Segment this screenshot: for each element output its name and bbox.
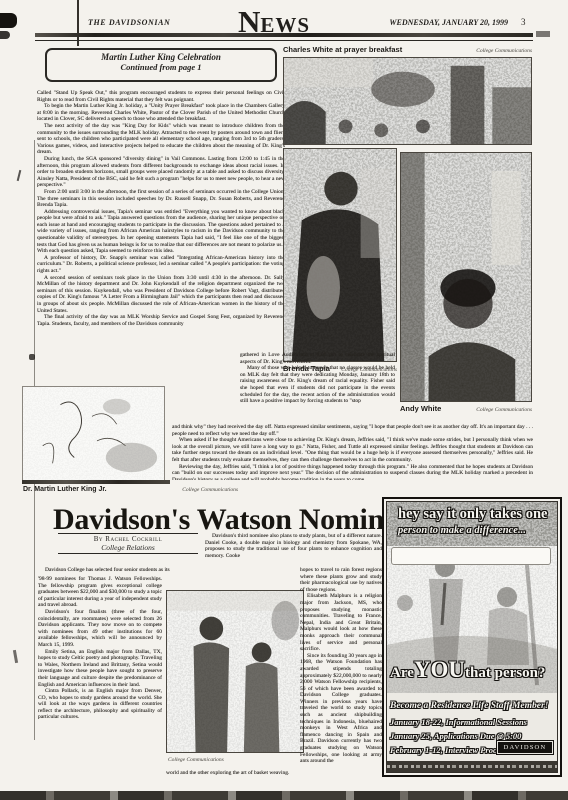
mlk-paragraph: During lunch, the SGA sponsored "diversi… [37, 156, 285, 189]
ad-davidson-logo: DAVIDSON [496, 740, 554, 755]
watson-tail-line: world and the other exploring the art of… [166, 770, 382, 778]
photo-andy-white [400, 152, 532, 402]
watson-photo-credit: College Communications [168, 757, 288, 763]
mlk-paragraph: gathered in Love Auditorium at 8:00 pm t… [240, 352, 395, 365]
watson-paragraph: Elisabeth Malphurs is a religion major f… [300, 593, 382, 652]
scan-artifact [29, 354, 35, 360]
mlk-paragraph: From 2:00 until 3:00 in the afternoon, t… [37, 189, 285, 209]
header-page-number: 3 [521, 17, 526, 27]
photo-watson-nominees [166, 590, 304, 753]
watson-paragraph: hopes to travel to rain forest regions w… [300, 567, 382, 593]
mlk-paragraph: A second session of seminars took place … [37, 275, 285, 315]
watson-col2-intro: Davidson's third nominee also plans to s… [205, 533, 382, 563]
mlk-paragraph: When asked if he thought Americans were … [172, 437, 533, 463]
header-date: WEDNESDAY, JANUARY 20, 1999 [370, 18, 508, 27]
masthead-paper-name: THE DAVIDSONIAN [88, 18, 170, 27]
watson-byline: By Rachel Cockrill [58, 535, 198, 543]
newspaper-page: THE DAVIDSONIAN NEWS WEDNESDAY, JANUARY … [0, 0, 568, 800]
mlk-drawing-caption-row: Dr. Martin Luther King Jr. College Commu… [23, 486, 238, 493]
watson-paragraph: Since its founding 30 years ago in 1968,… [300, 653, 382, 765]
mlk-continued-box: Martin Luther King Celebration Continued… [45, 48, 277, 82]
ad-info-line4: February 1-12, Interview Process [390, 745, 507, 755]
mlk-article-mid-block: gathered in Love Auditorium at 8:00 pm t… [240, 352, 395, 422]
ad-big-question: AreYOUthat person? [390, 657, 545, 683]
ad-davidson-logo-text: DAVIDSON [504, 744, 547, 751]
prayer-caption: Charles White at prayer breakfast [283, 45, 402, 54]
mlk-paragraph: The next activity of the day was "King D… [37, 123, 285, 156]
mlk-paragraph: Many of those who helped to ensure that … [240, 365, 395, 405]
mlk-paragraph: Reviewing the day, Jeffries said, "I thi… [172, 464, 533, 480]
prayer-caption-row: Charles White at prayer breakfast Colleg… [283, 45, 532, 54]
mlk-paragraph: Called "Stand Up Speak Out," this progra… [37, 90, 285, 103]
mlk-paragraph: The final activity of the day was an MLK… [37, 314, 285, 327]
scan-bottom-bar [0, 791, 568, 800]
header-rule-smudge [35, 33, 533, 37]
ad-info-line2: January 18-22, Informational Sessions [390, 717, 527, 727]
photo-mlk-drawing [22, 386, 165, 481]
prayer-credit: College Communications [476, 48, 532, 54]
watson-paragraph: world and the other exploring the art of… [166, 770, 382, 777]
ad-word-you: YOU [414, 657, 465, 682]
mlk-article-wide-block: and think why" they had received the day… [172, 424, 533, 480]
mlk-paragraph: A professor of history, Dr. Snapp's semi… [37, 255, 285, 275]
ad-fine-print-band [387, 761, 557, 772]
watson-headline: Davidson's Watson Nominees [53, 503, 421, 537]
watson-paragraph: Davidson College has selected four senio… [38, 567, 228, 574]
mlk-paragraph: Addressing controversial issues, Tapia's… [37, 209, 285, 255]
ad-info-line1: Become a Residence Life Staff Member! [390, 701, 548, 711]
scan-artifact [17, 170, 22, 181]
photo-prayer-breakfast [283, 57, 532, 145]
residence-life-ad: hey say it only takes one person to make… [382, 497, 562, 777]
andy-caption: Andy White [400, 404, 441, 413]
scan-artifact [0, 13, 17, 28]
watson-byline-block: By Rachel Cockrill College Relations [58, 533, 198, 554]
mlk-paragraph: and think why" they had received the day… [172, 424, 533, 437]
ad-word-that-person: that person? [465, 665, 545, 681]
watson-column-1: '98-99 nominees for Thomas J. Watson Fel… [38, 576, 162, 772]
scan-artifact [536, 31, 550, 37]
watson-col1-intro: Davidson College has selected four senio… [38, 567, 228, 575]
mlk-drawing-underbar [22, 480, 170, 484]
watson-column-2: hopes to travel to rain forest regions w… [300, 567, 382, 767]
mlk-article-column: Called "Stand Up Speak Out," this progra… [37, 90, 285, 351]
photo-brenda-tapia [283, 148, 397, 362]
header-rule-thin [35, 40, 533, 41]
watson-paragraph: Cintra Pollack, is an English major from… [38, 688, 162, 721]
watson-paragraph: '98-99 nominees for Thomas J. Watson Fel… [38, 576, 162, 609]
andy-credit: College Communications [476, 407, 532, 413]
ad-headline-line1: hey say it only takes one [398, 506, 547, 523]
watson-byline-org: College Relations [58, 543, 198, 552]
ad-headline-line2: person to make a difference... [398, 525, 526, 536]
ad-white-strip [391, 547, 551, 565]
scan-artifact [13, 650, 18, 663]
watson-paragraph: Davidson's four finalists (three of the … [38, 609, 162, 649]
andy-caption-row: Andy White College Communications [400, 404, 532, 413]
ad-word-are: Are [390, 665, 414, 681]
scan-artifact [0, 31, 10, 39]
watson-paragraph: Emily Setina, an English major from Dall… [38, 649, 162, 689]
mlk-box-subtitle: Continued from page 1 [47, 62, 275, 72]
mlk-drawing-caption: Dr. Martin Luther King Jr. [23, 486, 107, 493]
mlk-paragraph: To begin the Martin Luther King Jr. holi… [37, 103, 285, 123]
mlk-drawing-credit: College Communications [182, 487, 238, 493]
watson-paragraph: Davidson's third nominee also plans to s… [205, 533, 382, 559]
mlk-box-title: Martin Luther King Celebration [47, 52, 275, 62]
